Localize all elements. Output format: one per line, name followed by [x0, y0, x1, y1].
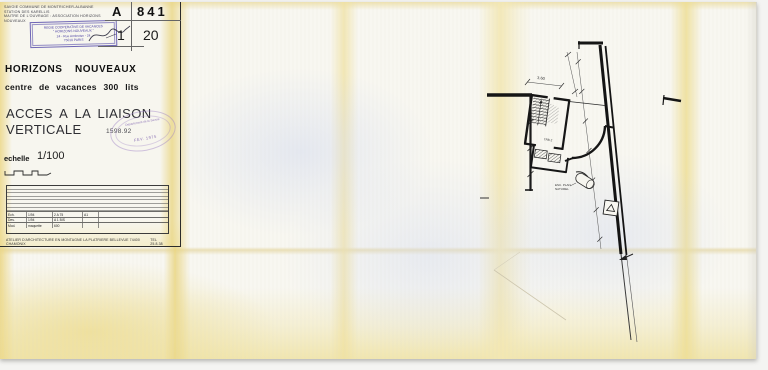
dimension-label: 3.60: [537, 75, 546, 81]
paper-sheet: SAVOIE COMMUNE DE MONTRICHER-ALBANNE STA…: [0, 2, 757, 359]
fixture-hatched: [548, 153, 561, 163]
corridor-dimension-chain: [565, 52, 602, 249]
left-wing-walls: [480, 94, 534, 198]
scanned-drawing-page: SAVOIE COMMUNE DE MONTRICHER-ALBANNE STA…: [0, 0, 768, 370]
pencil-construction-lines: [494, 252, 566, 320]
triangle-marker: [603, 200, 619, 216]
top-dimension-line: 3.60: [525, 75, 564, 89]
corridor-walls: [569, 41, 681, 342]
fixture-hatched: [534, 149, 547, 159]
room-label: TRB.2: [544, 137, 553, 142]
curved-wall: [565, 126, 613, 183]
cylinder-element: ESC. PLAN NATUREL: [555, 171, 596, 191]
annex-room: [531, 145, 570, 173]
floor-plan-drawing: 3.60: [0, 2, 768, 370]
plan-annotation-line-2: NATUREL: [555, 187, 569, 191]
